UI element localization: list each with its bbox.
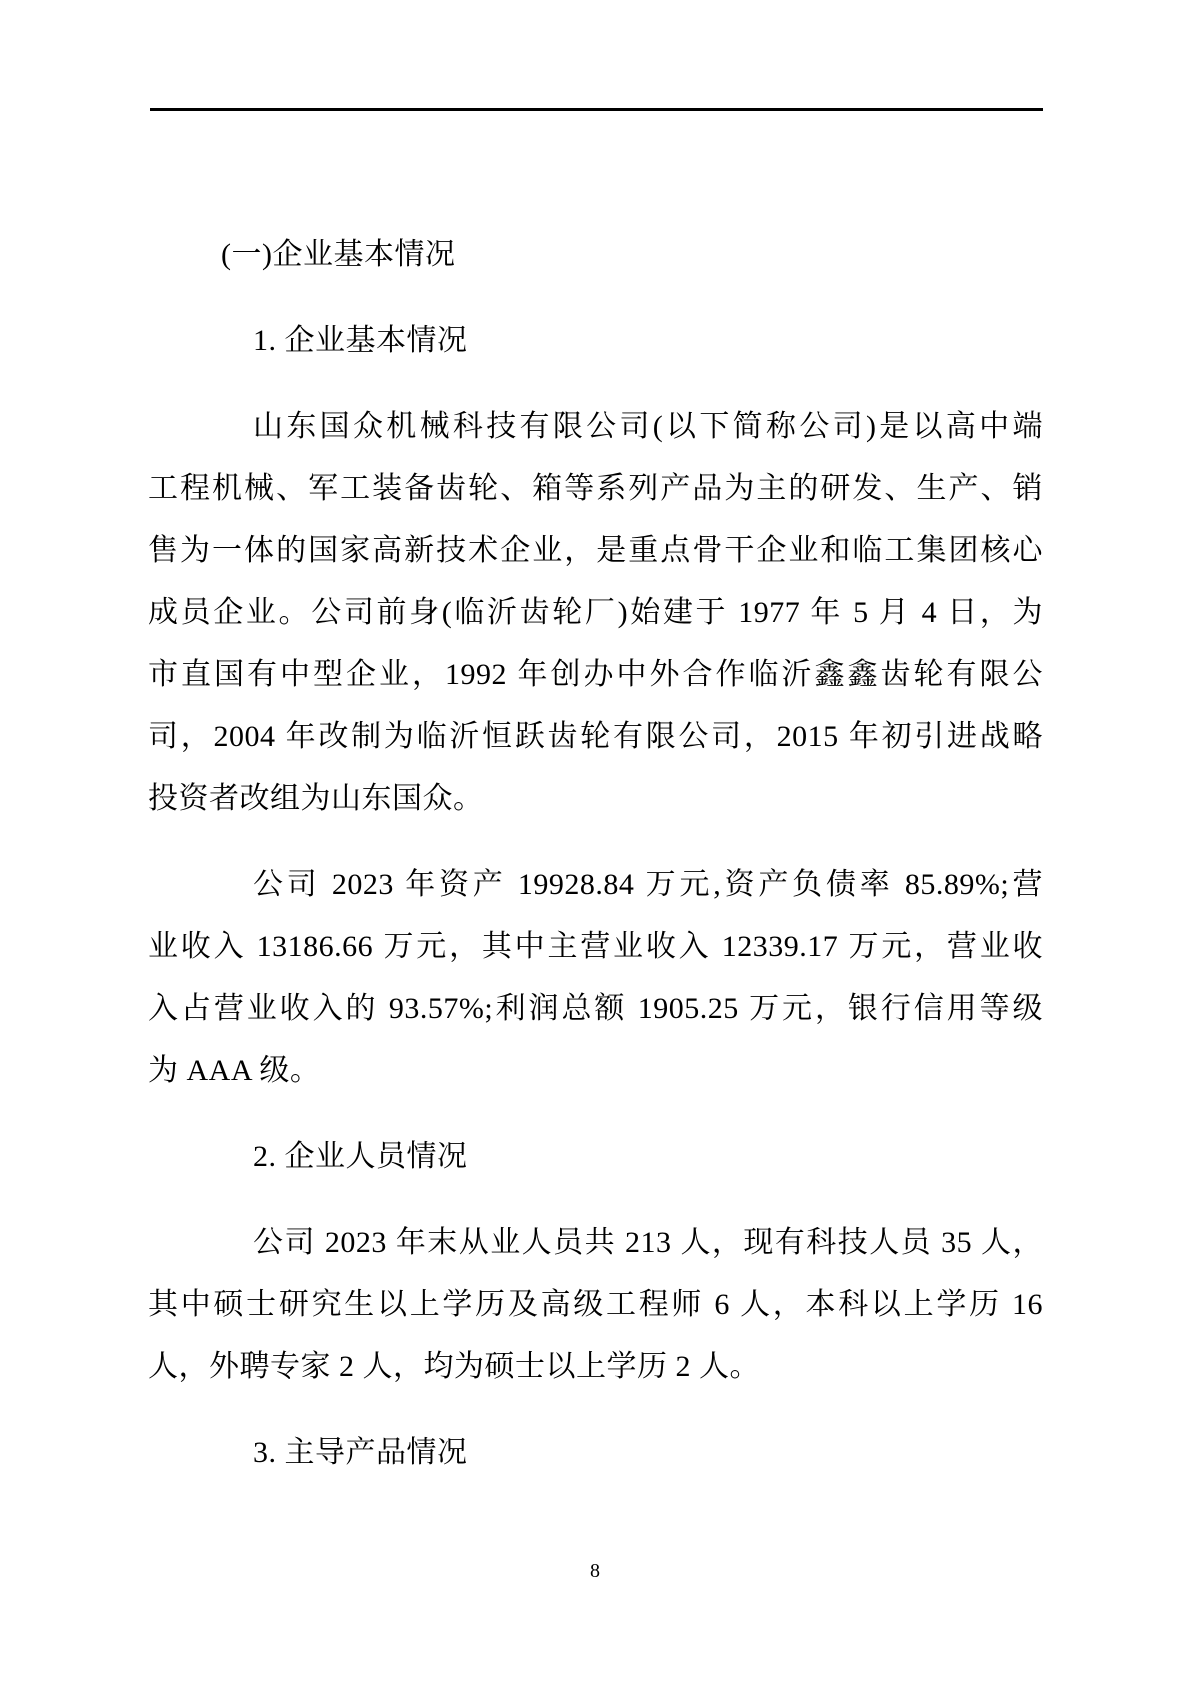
numbered-heading: 3. 主导产品情况 [148, 1422, 1043, 1484]
text-line: 市直国有中型企业，1992 年创办中外合作临沂鑫鑫齿轮有限公 [148, 644, 1043, 706]
text-line: 其中硕士研究生以上学历及高级工程师 6 人，本科以上学历 16 [148, 1274, 1043, 1336]
header-divider-line [150, 108, 1043, 111]
text-line: 司，2004 年改制为临沂恒跃齿轮有限公司，2015 年初引进战略 [148, 706, 1043, 768]
text-line: 成员企业。公司前身(临沂齿轮厂)始建于 1977 年 5 月 4 日，为 [148, 582, 1043, 644]
numbered-heading: 2. 企业人员情况 [148, 1126, 1043, 1188]
text-line: 2. 企业人员情况 [148, 1126, 1043, 1188]
text-line: 为 AAA 级。 [148, 1040, 1043, 1102]
document-body: (一)企业基本情况1. 企业基本情况山东国众机械科技有限公司(以下简称公司)是以… [148, 224, 1043, 1508]
page-number: 8 [0, 1556, 1190, 1586]
section-heading: (一)企业基本情况 [148, 224, 1043, 286]
text-line: 入占营业收入的 93.57%;利润总额 1905.25 万元，银行信用等级 [148, 978, 1043, 1040]
text-line: 人，外聘专家 2 人，均为硕士以上学历 2 人。 [148, 1336, 1043, 1398]
text-line: 售为一体的国家高新技术企业，是重点骨干企业和临工集团核心 [148, 520, 1043, 582]
numbered-heading: 1. 企业基本情况 [148, 310, 1043, 372]
text-line: 投资者改组为山东国众。 [148, 768, 1043, 830]
text-line: 业收入 13186.66 万元，其中主营业收入 12339.17 万元，营业收 [148, 916, 1043, 978]
paragraph: 公司 2023 年末从业人员共 213 人，现有科技人员 35 人，其中硕士研究… [148, 1212, 1043, 1398]
text-line: 3. 主导产品情况 [148, 1422, 1043, 1484]
paragraph: 山东国众机械科技有限公司(以下简称公司)是以高中端工程机械、军工装备齿轮、箱等系… [148, 396, 1043, 830]
text-line: (一)企业基本情况 [148, 224, 1043, 286]
text-line: 公司 2023 年末从业人员共 213 人，现有科技人员 35 人， [148, 1212, 1043, 1274]
paragraph: 公司 2023 年资产 19928.84 万元,资产负债率 85.89%;营业收… [148, 854, 1043, 1102]
text-line: 山东国众机械科技有限公司(以下简称公司)是以高中端 [148, 396, 1043, 458]
text-line: 1. 企业基本情况 [148, 310, 1043, 372]
document-page: (一)企业基本情况1. 企业基本情况山东国众机械科技有限公司(以下简称公司)是以… [0, 0, 1190, 1683]
text-line: 工程机械、军工装备齿轮、箱等系列产品为主的研发、生产、销 [148, 458, 1043, 520]
text-line: 公司 2023 年资产 19928.84 万元,资产负债率 85.89%;营 [148, 854, 1043, 916]
